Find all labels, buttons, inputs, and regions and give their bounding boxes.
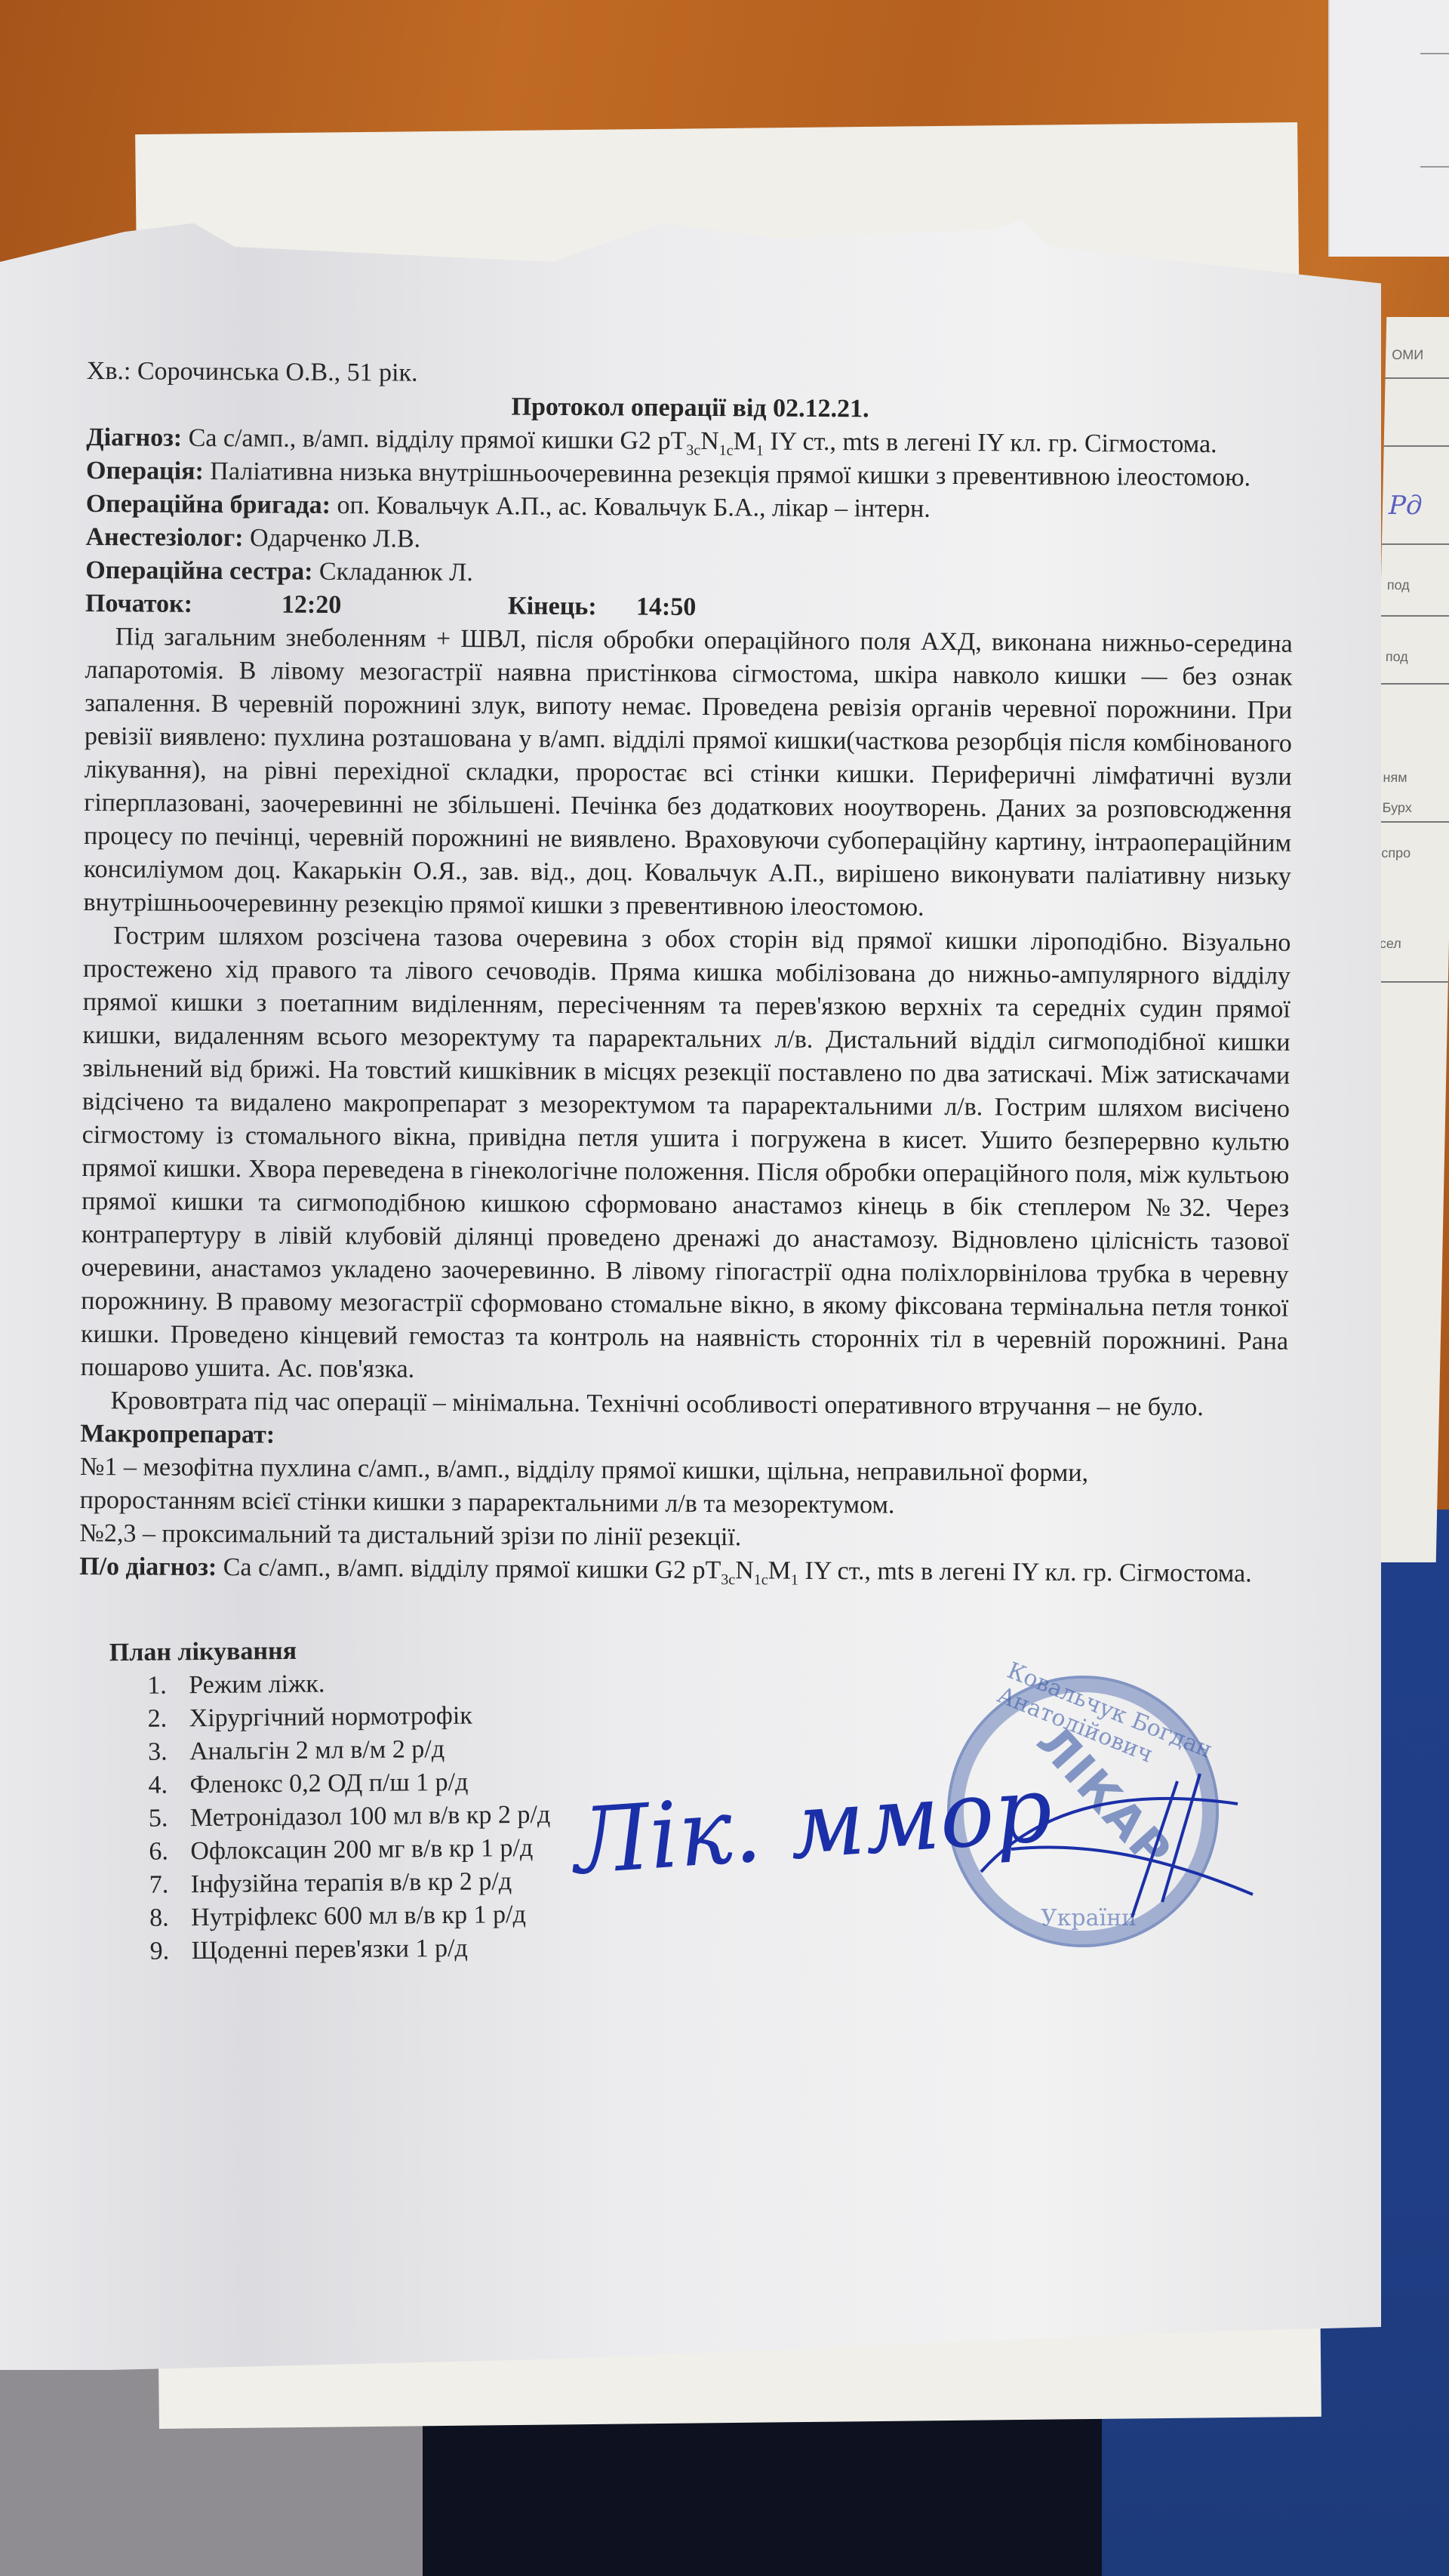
plan-item-text: Нутріфлекс 600 мл в/в кр 1 р/д xyxy=(191,1898,526,1934)
plan-item-number: 3. xyxy=(148,1735,189,1769)
end-label: Кінець: xyxy=(508,589,636,623)
form-rule xyxy=(1386,377,1449,379)
plan-item-text: Метронідазол 100 мл в/в кр 2 р/д xyxy=(190,1799,551,1836)
procedure-paragraph: Гострим шляхом розсічена тазова очеревин… xyxy=(81,919,1291,1392)
form-rule xyxy=(1379,683,1449,685)
form-fragment: сел xyxy=(1380,936,1401,952)
side-sheet-rule xyxy=(1420,53,1449,54)
plan-item-text: Щоденні перев'язки 1 р/д xyxy=(191,1932,468,1968)
tnm-m: M xyxy=(734,427,756,455)
plan-item-number: 9. xyxy=(149,1934,191,1968)
handwritten-signature: Лік. ммор xyxy=(558,1759,1283,1925)
tnm-m: M xyxy=(768,1557,791,1585)
diagnosis-text-end: IY ст., mts в легені IY кл. гр. Сігмосто… xyxy=(764,427,1217,458)
tnm-m-subscript: 1 xyxy=(791,1572,798,1589)
postop-diagnosis-line: П/о діагноз: Са с/амп., в/амп. відділу п… xyxy=(79,1550,1287,1591)
tnm-n: N xyxy=(735,1556,754,1584)
form-fragment: под xyxy=(1387,577,1410,593)
operation-label: Операція: xyxy=(86,457,204,485)
procedure-paragraph: Під загальним знеболенням + ШВЛ, після о… xyxy=(83,620,1292,927)
side-sheet-rule xyxy=(1420,166,1449,168)
tnm-t-subscript: 3c xyxy=(721,1571,735,1588)
diagnosis-text: Са с/амп., в/амп. відділу прямої кишки G… xyxy=(182,424,686,455)
plan-item-text: Інфузійна терапія в/в кр 2 р/д xyxy=(191,1865,512,1901)
form-rule xyxy=(1384,445,1449,447)
start-label: Початок: xyxy=(85,587,281,622)
form-fragment: под xyxy=(1386,649,1408,665)
form-rule xyxy=(1380,615,1449,617)
postop-diagnosis-label: П/о діагноз: xyxy=(79,1553,217,1581)
tnm-n-subscript: 1c xyxy=(754,1571,768,1588)
plan-item-number: 6. xyxy=(149,1835,190,1869)
side-paper-sheet xyxy=(1328,0,1449,257)
form-fragment: Бурх xyxy=(1382,800,1411,816)
form-rule xyxy=(1376,821,1449,823)
plan-item-number: 7. xyxy=(149,1868,191,1902)
handwritten-fragment: Рд xyxy=(1389,491,1423,521)
nurse-text: Складанюк Л. xyxy=(312,558,473,586)
form-fragment: ОМИ xyxy=(1392,347,1423,363)
tnm-m-subscript: 1 xyxy=(756,442,764,459)
plan-item-text: Фленокс 0,2 ОД п/ш 1 р/д xyxy=(189,1766,468,1802)
postop-diagnosis-text-end: IY ст., mts в легені IY кл. гр. Сігмосто… xyxy=(798,1557,1252,1588)
end-time: 14:50 xyxy=(636,590,697,623)
plan-item-number: 8. xyxy=(149,1901,191,1935)
anesthesiologist-label: Анестезіолог: xyxy=(85,523,243,552)
form-rule xyxy=(1373,981,1448,983)
signature-flourish-icon xyxy=(558,1759,1283,1925)
postop-diagnosis-text: Са с/амп., в/амп. відділу прямої кишки G… xyxy=(217,1553,721,1584)
operation-text: Паліативна низька внутрішньоочеревинна р… xyxy=(204,457,1251,491)
anesthesiologist-text: Одарченко Л.В. xyxy=(243,524,420,552)
tnm-n: N xyxy=(700,427,719,455)
start-time: 12:20 xyxy=(281,589,508,623)
plan-item-number: 2. xyxy=(147,1702,189,1736)
plan-item-text: Хірургічний нормотрофік xyxy=(189,1700,472,1736)
diagnosis-label: Діагноз: xyxy=(86,423,182,452)
plan-item-text: Офлоксацин 200 мг в/в кр 1 р/д xyxy=(190,1832,533,1868)
plan-item-text: Анальгін 2 мл в/м 2 р/д xyxy=(189,1733,445,1768)
plan-item-text: Режим ліжк. xyxy=(189,1667,325,1702)
plan-item-number: 1. xyxy=(147,1669,189,1703)
team-text: оп. Ковальчук А.П., ас. Ковальчук Б.А., … xyxy=(331,491,931,523)
form-fragment: спро xyxy=(1381,845,1411,861)
plan-item-number: 5. xyxy=(149,1802,190,1836)
tnm-t-subscript: 3c xyxy=(686,442,700,459)
nurse-label: Операційна сестра: xyxy=(85,556,312,586)
macro-item-1: №1 – мезофітна пухлина с/амп., в/амп., в… xyxy=(80,1451,1228,1524)
team-label: Операційна бригада: xyxy=(86,490,331,519)
form-rule xyxy=(1382,543,1449,545)
plan-item-number: 4. xyxy=(148,1768,189,1802)
tnm-n-subscript: 1c xyxy=(719,442,734,459)
form-fragment: ням xyxy=(1383,770,1407,786)
